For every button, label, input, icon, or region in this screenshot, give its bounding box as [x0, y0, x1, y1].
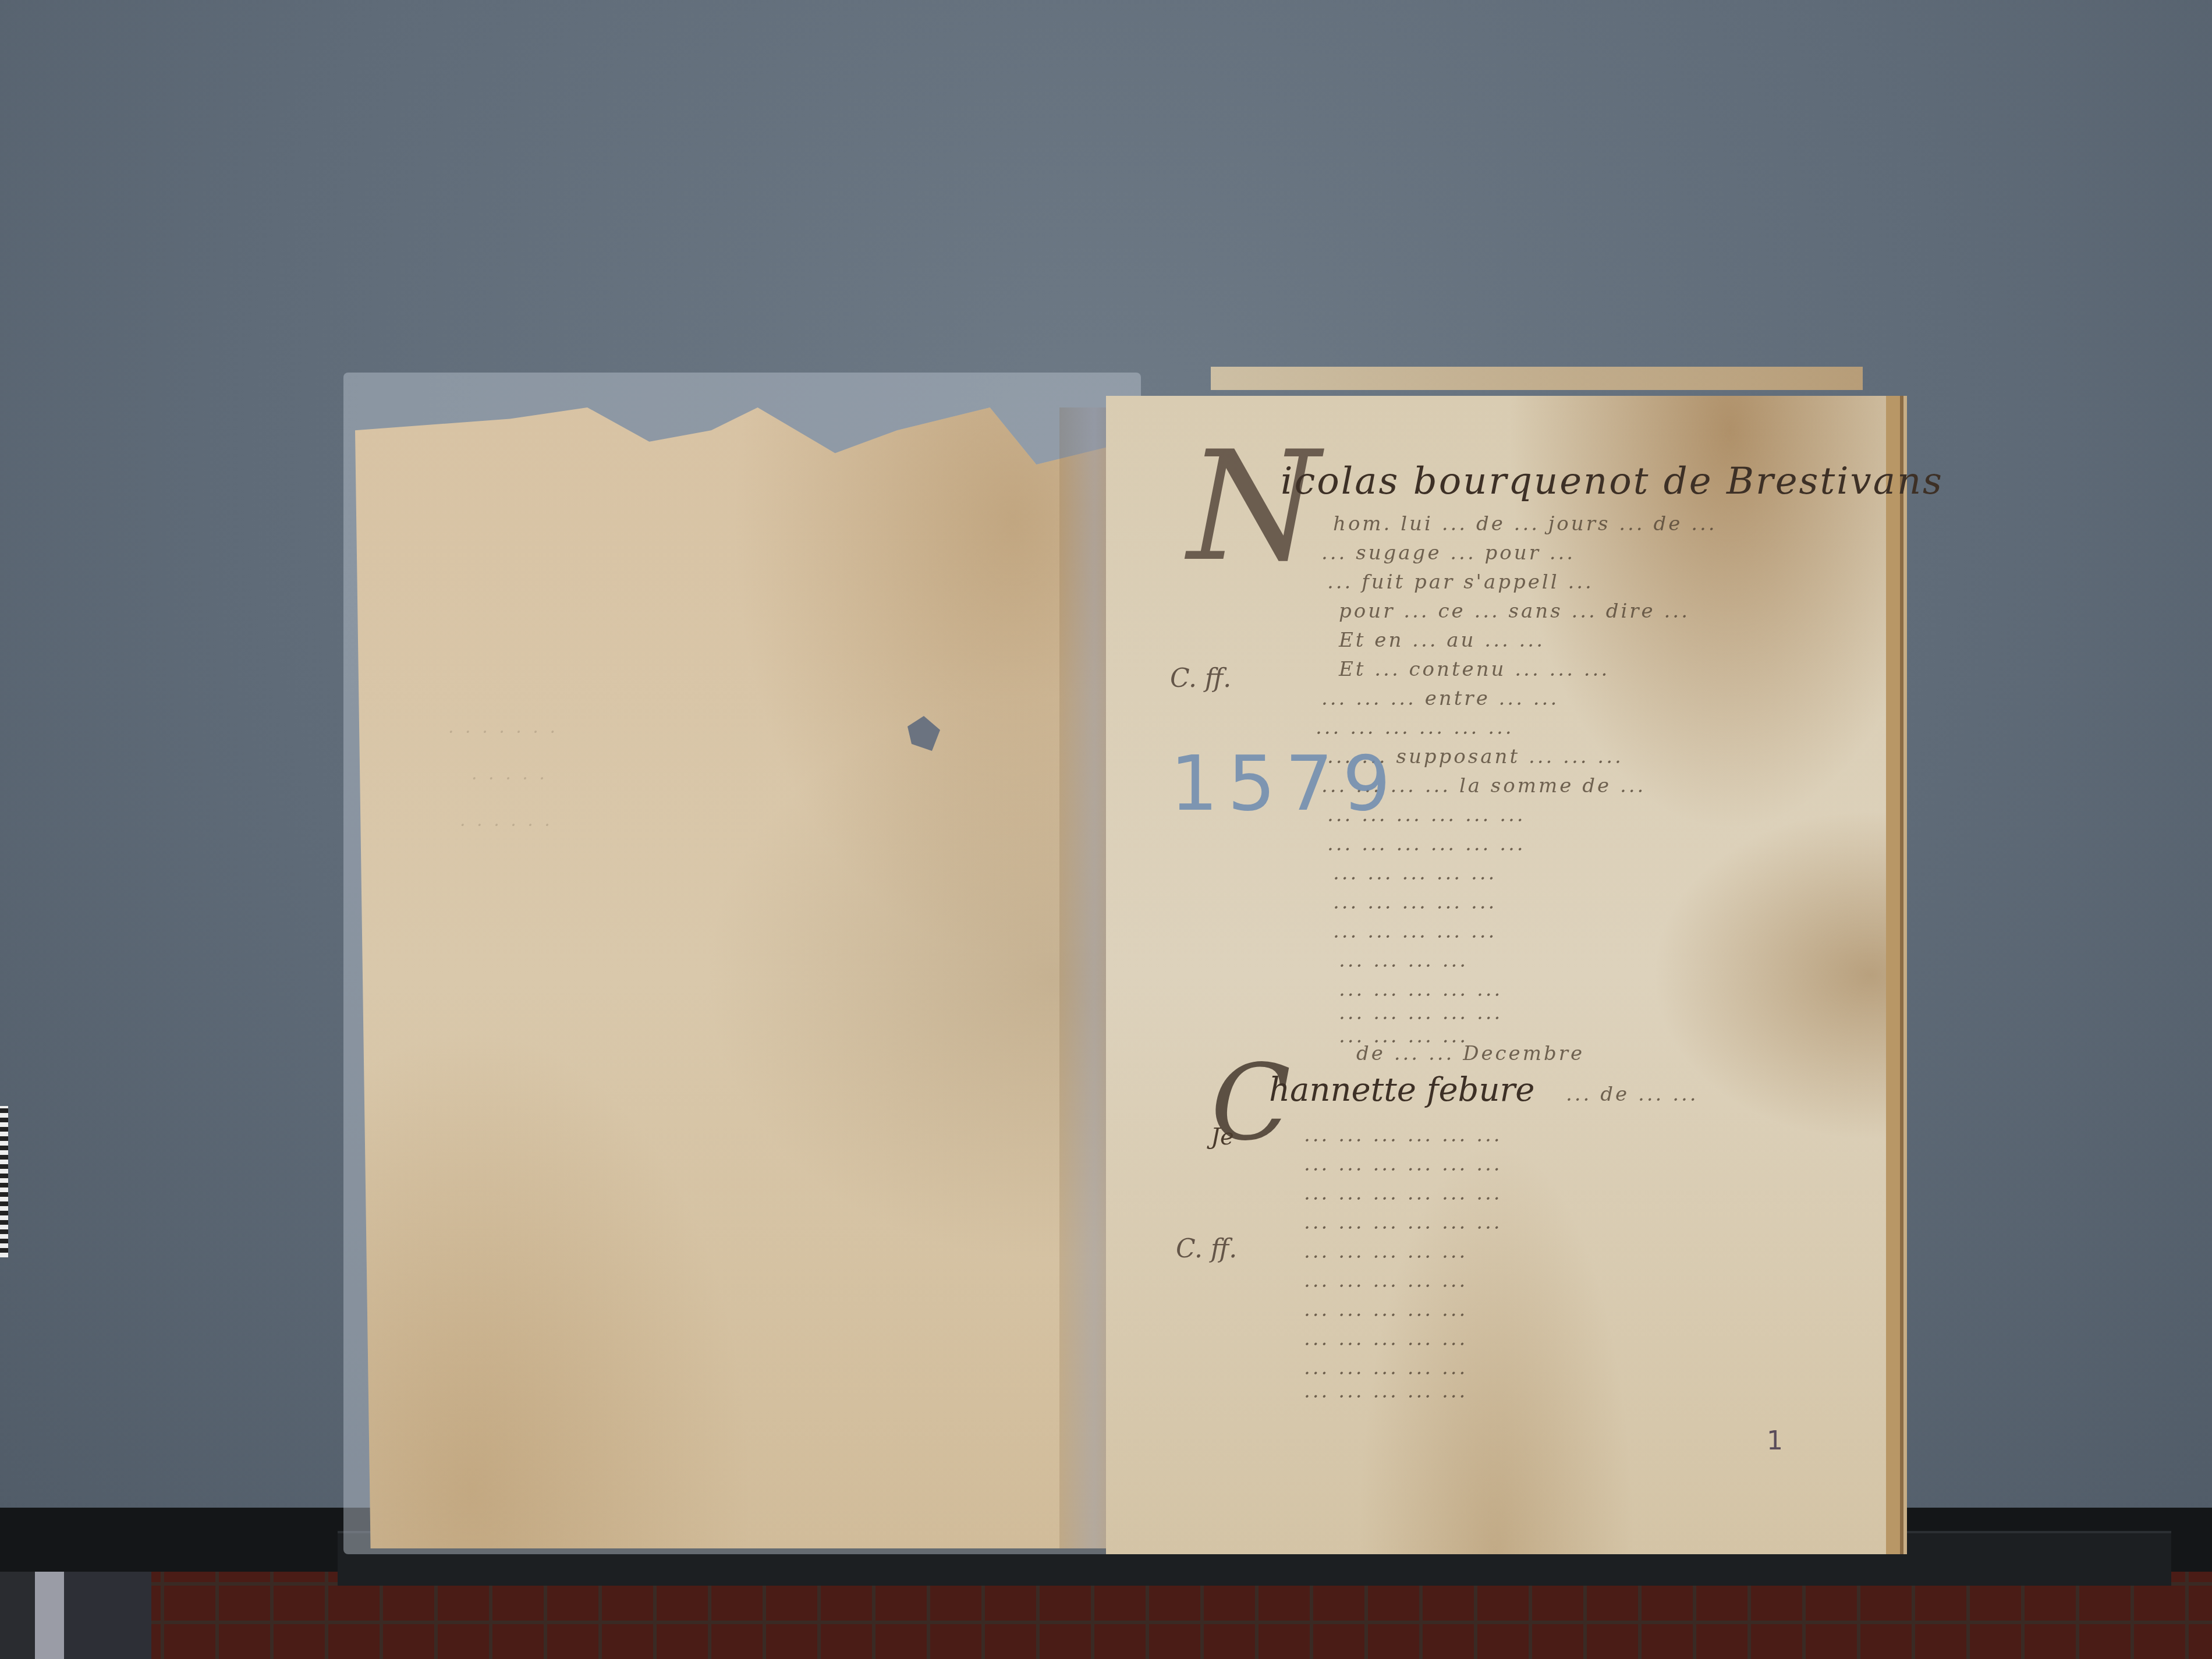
text-line: ... ... ... ... ... ... — [1304, 1211, 1502, 1234]
text-line: ... ... ... ... ... — [1333, 862, 1497, 885]
text-line: ... ... ... ... ... — [1339, 1001, 1502, 1025]
entry-prefix: Je — [1211, 1123, 1234, 1150]
show-through-line: · · · · · · — [460, 815, 553, 835]
text-line: Et ... contenu ... ... ... — [1339, 658, 1610, 681]
text-line: ... ... ... ... ... — [1304, 1240, 1467, 1263]
text-line: ... ... ... ... ... — [1304, 1356, 1467, 1380]
text-line: ... ... ... ... ... — [1333, 891, 1497, 914]
page-edge-strip — [1211, 367, 1863, 390]
folio-number: 1 — [1767, 1426, 1783, 1456]
text-line: ... ... ... entre ... ... — [1321, 687, 1559, 710]
text-line: ... fuit par s'appell ... — [1327, 570, 1594, 594]
text-line: ... ... ... ... ... — [1333, 920, 1497, 943]
text-line: ... ... ... ... ... — [1304, 1269, 1467, 1292]
decorated-initial: N — [1187, 419, 1320, 595]
text-line: hom. lui ... de ... jours ... de ... — [1333, 512, 1717, 536]
text-line: de ... ... Decembre — [1356, 1042, 1584, 1065]
text-line: ... ... ... ... ... ... — [1304, 1123, 1502, 1147]
left-page-verso: · · · · · · · · · · · · · · · · · · — [355, 407, 1129, 1548]
margin-mark: C. ff. — [1176, 1234, 1237, 1264]
text-line: ... ... ... ... ... — [1304, 1327, 1467, 1350]
show-through-line: · · · · · — [472, 768, 548, 789]
text-line: ... ... ... ... ... ... — [1316, 716, 1514, 739]
color-scale-bar — [0, 1106, 8, 1257]
text-line: ... ... ... ... — [1339, 949, 1468, 972]
text-line: ... ... ... ... ... — [1304, 1298, 1467, 1321]
show-through-line: · · · · · · · — [448, 722, 558, 742]
text-line: ... sugage ... pour ... — [1321, 541, 1575, 565]
floor-equipment — [0, 1572, 151, 1659]
text-line: ... ... ... ... ... — [1339, 978, 1502, 1001]
entry-heading: hannette febure — [1269, 1071, 1534, 1109]
text-line: ... ... ... ... ... ... — [1304, 1153, 1502, 1176]
pencil-date-annotation: 1579 — [1170, 739, 1400, 828]
entry-heading: icolas bourquenot de Brestivans — [1281, 460, 1944, 503]
text-line: Et en ... au ... ... — [1339, 629, 1545, 652]
text-line: ... ... ... ... ... ... — [1304, 1182, 1502, 1205]
text-line: ... ... ... ... ... — [1304, 1380, 1467, 1403]
text-line: pour ... ce ... sans ... dire ... — [1339, 600, 1690, 623]
text-line: ... ... ... ... ... ... — [1327, 832, 1526, 856]
margin-mark: C. ff. — [1170, 664, 1231, 693]
paper-hole — [899, 716, 940, 751]
heading-continuation: ... de ... ... — [1566, 1083, 1699, 1106]
